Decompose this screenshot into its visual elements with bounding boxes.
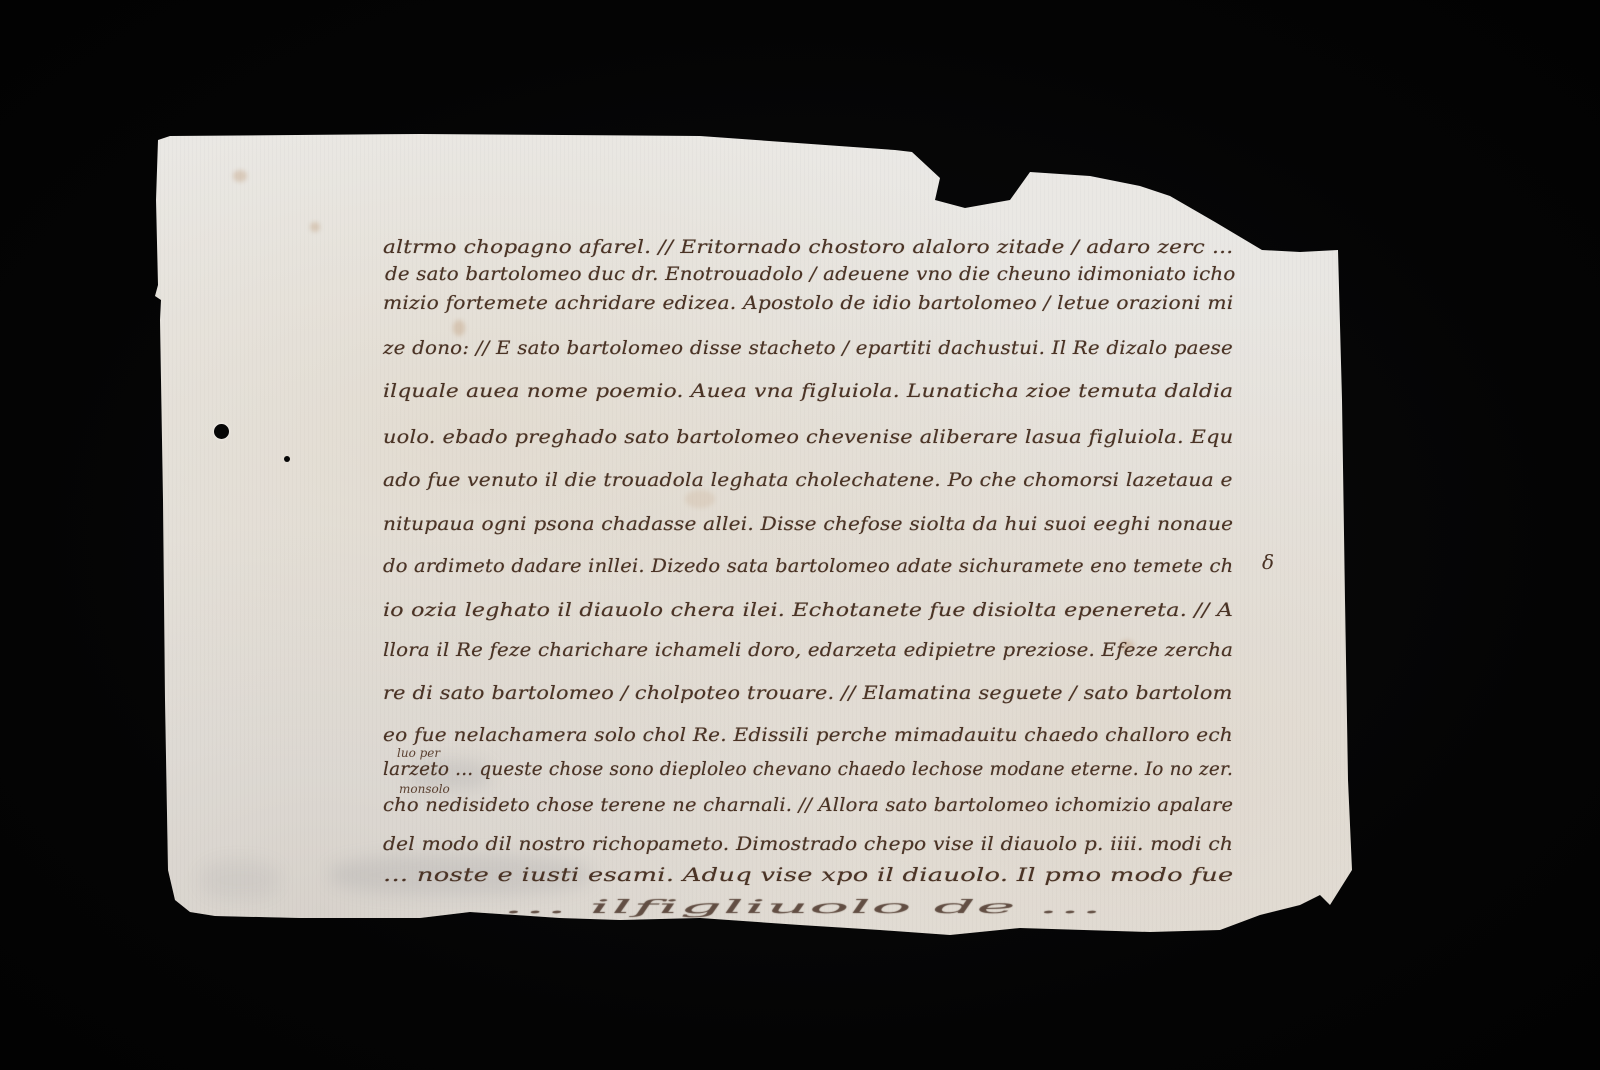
text-line: re di sato bartolomeo / cholpoteo trouar… bbox=[383, 682, 1233, 704]
stain bbox=[233, 170, 247, 182]
text-line: llora il Re feze charichare ichameli dor… bbox=[383, 639, 1233, 661]
text-line: larzeto ... queste chose sono dieploleo … bbox=[383, 758, 1233, 780]
text-line: ze dono: // E sato bartolomeo disse stac… bbox=[383, 337, 1233, 359]
stain bbox=[453, 320, 465, 336]
text-line: de sato bartolomeo duc dr. Enotrouadolo … bbox=[385, 263, 1235, 285]
text-line: nitupaua ogni psona chadasse allei. Diss… bbox=[383, 513, 1233, 535]
text-line: altrmo chopagno afarel. // Eritornado ch… bbox=[383, 236, 1233, 258]
text-line: cho nedisideto chose terene ne charnali.… bbox=[383, 794, 1233, 816]
interlinear-gloss: monsolo bbox=[399, 782, 450, 796]
text-line: ... noste e iusti esami. Aduq vise xpo i… bbox=[383, 864, 1234, 886]
text-line: eo fue nelachamera solo chol Re. Edissil… bbox=[383, 724, 1233, 746]
stain bbox=[685, 490, 715, 508]
photo-stage: altrmo chopagno afarel. // Eritornado ch… bbox=[0, 0, 1600, 1070]
stain bbox=[310, 222, 320, 232]
hole bbox=[284, 456, 290, 462]
margin-mark: ẟ bbox=[1262, 550, 1274, 574]
hole bbox=[214, 424, 229, 439]
smudge bbox=[200, 860, 280, 900]
text-line: ... ilfigliuolo de ... bbox=[503, 896, 1103, 918]
text-line: ado fue venuto il die trouadola leghata … bbox=[383, 469, 1233, 491]
text-line: del modo dil nostro richopameto. Dimostr… bbox=[383, 833, 1233, 855]
text-line: ilquale auea nome poemio. Auea vna figlu… bbox=[383, 380, 1233, 402]
text-line: do ardimeto dadare inllei. Dizedo sata b… bbox=[383, 555, 1233, 577]
interlinear-gloss: luo per bbox=[397, 746, 440, 760]
text-line: io ozia leghato il diauolo chera ilei. E… bbox=[383, 599, 1233, 621]
text-line: uolo. ebado preghado sato bartolomeo che… bbox=[383, 426, 1233, 448]
text-line: mizio fortemete achridare edizea. Aposto… bbox=[383, 292, 1233, 314]
